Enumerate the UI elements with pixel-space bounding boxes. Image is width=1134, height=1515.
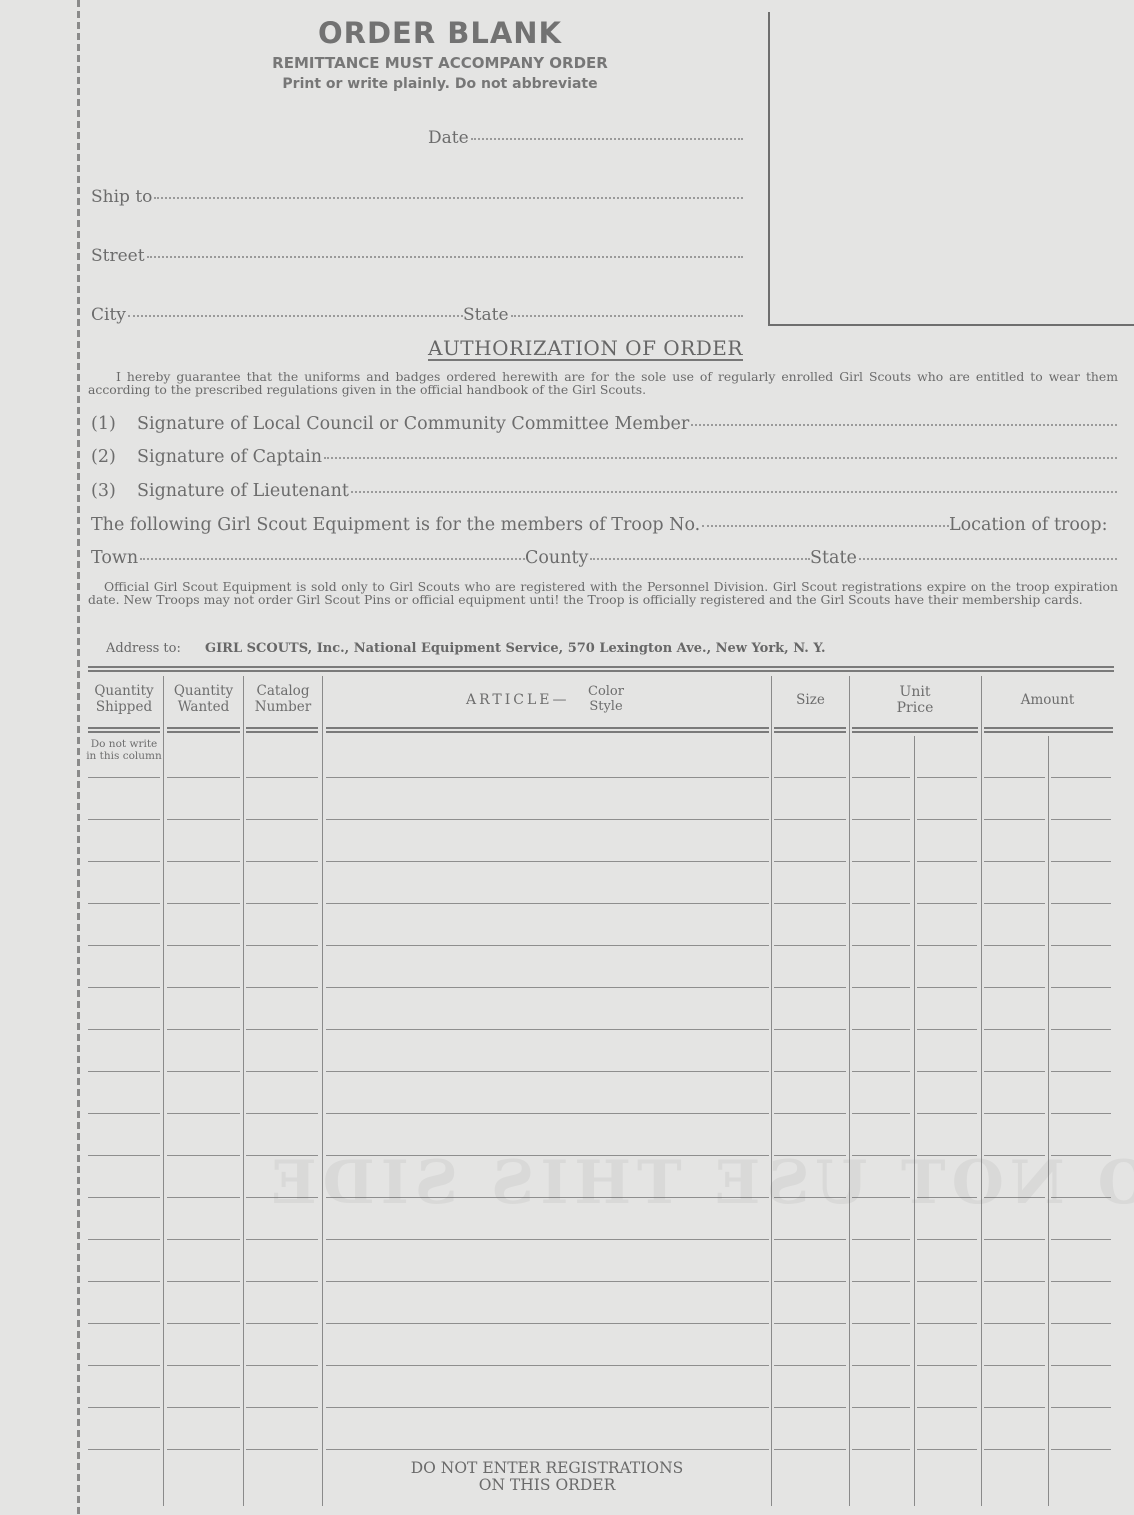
- row-line: [167, 1323, 240, 1324]
- row-line: [984, 1071, 1045, 1072]
- row-line: [1051, 1113, 1111, 1114]
- signature-num: (2): [91, 447, 137, 467]
- state-field[interactable]: State: [463, 305, 743, 325]
- row-line: [88, 987, 160, 988]
- signature-line[interactable]: [691, 424, 1117, 426]
- row-line: [984, 1449, 1045, 1450]
- shipped-column-note: Do not write in this column: [86, 738, 162, 762]
- row-line: [917, 1029, 977, 1030]
- row-line: [984, 861, 1045, 862]
- row-line: [246, 861, 318, 862]
- troop-line-label: The following Girl Scout Equipment is fo…: [91, 515, 700, 535]
- row-line: [88, 1449, 160, 1450]
- state-line[interactable]: [511, 315, 743, 317]
- row-line: [326, 1071, 769, 1072]
- row-line: [326, 1029, 769, 1030]
- header-rule: [852, 727, 978, 733]
- header-rule: [326, 727, 769, 733]
- warning-line-2: ON THIS ORDER: [322, 1477, 772, 1494]
- row-line: [246, 1407, 318, 1408]
- row-line: [774, 1071, 846, 1072]
- row-line: [852, 861, 910, 862]
- row-line: [167, 1281, 240, 1282]
- show-through-text: DO NOT USE THIS SIDE: [265, 1148, 1134, 1218]
- ship-to-field[interactable]: Ship to: [91, 187, 743, 207]
- row-line: [984, 819, 1045, 820]
- authorization-statement: I hereby guarantee that the uniforms and…: [88, 370, 1118, 396]
- row-line: [852, 987, 910, 988]
- row-line: [852, 1113, 910, 1114]
- row-line: [326, 903, 769, 904]
- row-line: [167, 861, 240, 862]
- row-line: [326, 987, 769, 988]
- row-line: [167, 1155, 240, 1156]
- row-line: [167, 1407, 240, 1408]
- row-line: [852, 903, 910, 904]
- header-rule: [246, 727, 318, 733]
- row-line: [88, 1365, 160, 1366]
- row-line: [852, 1071, 910, 1072]
- header-article-style: Style: [588, 699, 624, 714]
- signature-council-field[interactable]: (1)Signature of Local Council or Communi…: [91, 414, 1117, 434]
- row-line: [1051, 819, 1111, 820]
- row-line: [774, 1365, 846, 1366]
- row-line: [984, 1407, 1045, 1408]
- col-divider: [243, 676, 244, 1506]
- row-line: [326, 1449, 769, 1450]
- row-line: [1051, 903, 1111, 904]
- signature-label: Signature of Lieutenant: [137, 481, 349, 501]
- street-field[interactable]: Street: [91, 246, 743, 266]
- row-line: [1051, 1407, 1111, 1408]
- town-field[interactable]: Town: [91, 548, 525, 568]
- row-line: [774, 903, 846, 904]
- signature-line[interactable]: [324, 457, 1117, 459]
- header-rule: [774, 727, 846, 733]
- row-line: [917, 1449, 977, 1450]
- address-label: Address to:: [106, 641, 181, 656]
- registrations-warning: DO NOT ENTER REGISTRATIONS ON THIS ORDER: [322, 1460, 772, 1494]
- row-line: [1051, 861, 1111, 862]
- date-line[interactable]: [471, 138, 743, 140]
- row-line: [326, 1407, 769, 1408]
- row-line: [167, 987, 240, 988]
- row-line: [917, 861, 977, 862]
- header-article-sub: Color Style: [588, 684, 624, 714]
- troop-number-line[interactable]: [702, 525, 949, 527]
- row-line: [852, 1365, 910, 1366]
- row-line: [917, 1281, 977, 1282]
- col-subdivider: [1048, 736, 1049, 1506]
- row-line: [1051, 1029, 1111, 1030]
- row-line: [852, 1407, 910, 1408]
- row-line: [326, 777, 769, 778]
- row-line: [326, 1323, 769, 1324]
- ship-to-line[interactable]: [154, 197, 743, 199]
- county-field[interactable]: County: [525, 548, 810, 568]
- page-title: ORDER BLANK: [200, 16, 680, 50]
- header-article: ARTICLE—: [466, 692, 570, 708]
- row-line: [88, 945, 160, 946]
- row-line: [246, 819, 318, 820]
- row-line: [326, 1113, 769, 1114]
- row-line: [852, 1281, 910, 1282]
- col-subdivider: [914, 736, 915, 1506]
- registration-notice: Official Girl Scout Equipment is sold on…: [88, 580, 1118, 606]
- header-catalog-number: Catalog Number: [244, 683, 322, 715]
- row-line: [917, 987, 977, 988]
- row-line: [246, 1239, 318, 1240]
- col-divider: [981, 676, 982, 1506]
- signature-label: Signature of Local Council or Community …: [137, 414, 689, 434]
- row-line: [246, 1113, 318, 1114]
- city-label: City: [91, 305, 126, 325]
- header-qty-wanted: Quantity Wanted: [164, 683, 243, 715]
- row-line: [984, 1281, 1045, 1282]
- row-line: [88, 1407, 160, 1408]
- row-line: [917, 903, 977, 904]
- header-qty-shipped: Quantity Shipped: [86, 683, 162, 715]
- row-line: [167, 945, 240, 946]
- row-line: [774, 1449, 846, 1450]
- row-line: [88, 1071, 160, 1072]
- header-rule: [88, 727, 160, 733]
- row-line: [246, 1029, 318, 1030]
- table-top-rule: [88, 666, 1114, 672]
- row-line: [1051, 1323, 1111, 1324]
- location-label: Location of troop:: [949, 515, 1108, 535]
- row-line: [167, 777, 240, 778]
- header-unit-price: Unit Price: [880, 684, 950, 716]
- date-field[interactable]: Date: [428, 128, 743, 148]
- signature-line[interactable]: [351, 491, 1117, 493]
- row-line: [852, 777, 910, 778]
- row-line: [246, 1071, 318, 1072]
- row-line: [774, 777, 846, 778]
- row-line: [246, 903, 318, 904]
- perforation-line: [77, 0, 80, 1515]
- row-line: [917, 1239, 977, 1240]
- row-line: [88, 903, 160, 904]
- row-line: [1051, 1365, 1111, 1366]
- town-label: Town: [91, 548, 138, 568]
- header-rule: [984, 727, 1113, 733]
- ship-to-label: Ship to: [91, 187, 152, 207]
- row-line: [774, 987, 846, 988]
- town-line[interactable]: [140, 558, 525, 560]
- row-line: [246, 1449, 318, 1450]
- row-line: [984, 1029, 1045, 1030]
- col-divider: [849, 676, 850, 1506]
- authorization-title: AUTHORIZATION OF ORDER: [428, 337, 743, 361]
- row-line: [917, 1071, 977, 1072]
- signature-label: Signature of Captain: [137, 447, 322, 467]
- state-label: State: [463, 305, 509, 325]
- row-line: [167, 1197, 240, 1198]
- signature-lieutenant-field[interactable]: (3)Signature of Lieutenant: [91, 481, 1117, 501]
- row-line: [1051, 1239, 1111, 1240]
- row-line: [326, 945, 769, 946]
- street-line[interactable]: [147, 256, 743, 258]
- row-line: [88, 1197, 160, 1198]
- row-line: [774, 1239, 846, 1240]
- row-line: [852, 819, 910, 820]
- address-value: GIRL SCOUTS, Inc., National Equipment Se…: [205, 641, 825, 656]
- row-line: [984, 1365, 1045, 1366]
- row-line: [774, 1323, 846, 1324]
- row-line: [246, 1365, 318, 1366]
- warning-line-1: DO NOT ENTER REGISTRATIONS: [322, 1460, 772, 1477]
- street-label: Street: [91, 246, 145, 266]
- row-line: [88, 861, 160, 862]
- row-line: [774, 1407, 846, 1408]
- row-line: [326, 1281, 769, 1282]
- row-line: [246, 1281, 318, 1282]
- row-line: [1051, 945, 1111, 946]
- signature-num: (1): [91, 414, 137, 434]
- city-field[interactable]: City: [91, 305, 463, 325]
- signature-num: (3): [91, 481, 137, 501]
- row-line: [326, 1365, 769, 1366]
- row-line: [774, 861, 846, 862]
- date-label: Date: [428, 128, 469, 148]
- row-line: [852, 945, 910, 946]
- row-line: [984, 903, 1045, 904]
- row-line: [246, 777, 318, 778]
- row-line: [246, 945, 318, 946]
- row-line: [774, 945, 846, 946]
- row-line: [88, 777, 160, 778]
- troop-state-label: State: [810, 548, 857, 568]
- header-rule: [167, 727, 240, 733]
- col-divider: [163, 676, 164, 1506]
- row-line: [984, 777, 1045, 778]
- troop-number-field[interactable]: The following Girl Scout Equipment is fo…: [91, 515, 949, 535]
- city-line[interactable]: [128, 315, 463, 317]
- row-line: [852, 1323, 910, 1324]
- county-line[interactable]: [590, 558, 810, 560]
- row-line: [917, 819, 977, 820]
- troop-state-line[interactable]: [859, 558, 1117, 560]
- col-divider: [322, 676, 323, 1506]
- row-line: [774, 1029, 846, 1030]
- row-line: [246, 987, 318, 988]
- row-line: [852, 1029, 910, 1030]
- row-line: [88, 819, 160, 820]
- row-line: [1051, 777, 1111, 778]
- row-line: [984, 987, 1045, 988]
- row-line: [167, 819, 240, 820]
- row-line: [917, 1113, 977, 1114]
- row-line: [774, 1113, 846, 1114]
- row-line: [88, 1113, 160, 1114]
- office-use-box: [768, 12, 1134, 326]
- remittance-notice: REMITTANCE MUST ACCOMPANY ORDER: [200, 54, 680, 72]
- row-line: [1051, 987, 1111, 988]
- row-line: [88, 1029, 160, 1030]
- row-line: [1051, 1449, 1111, 1450]
- row-line: [774, 1281, 846, 1282]
- row-line: [167, 1071, 240, 1072]
- row-line: [852, 1239, 910, 1240]
- row-line: [88, 1155, 160, 1156]
- row-line: [984, 945, 1045, 946]
- row-line: [88, 1281, 160, 1282]
- row-line: [852, 1449, 910, 1450]
- row-line: [167, 903, 240, 904]
- signature-captain-field[interactable]: (2)Signature of Captain: [91, 447, 1117, 467]
- header-article-color: Color: [588, 684, 624, 699]
- header-amount: Amount: [982, 692, 1113, 708]
- row-line: [246, 1323, 318, 1324]
- row-line: [1051, 1071, 1111, 1072]
- row-line: [167, 1113, 240, 1114]
- row-line: [326, 819, 769, 820]
- col-divider: [771, 676, 772, 1506]
- row-line: [917, 1323, 977, 1324]
- row-line: [167, 1365, 240, 1366]
- row-line: [984, 1113, 1045, 1114]
- row-line: [917, 777, 977, 778]
- row-line: [984, 1323, 1045, 1324]
- header-size: Size: [772, 692, 849, 708]
- troop-state-field[interactable]: State: [810, 548, 1117, 568]
- row-line: [167, 1449, 240, 1450]
- row-line: [984, 1239, 1045, 1240]
- row-line: [774, 819, 846, 820]
- row-line: [1051, 1281, 1111, 1282]
- print-instruction: Print or write plainly. Do not abbreviat…: [200, 76, 680, 92]
- row-line: [88, 1239, 160, 1240]
- row-line: [326, 861, 769, 862]
- row-line: [167, 1029, 240, 1030]
- row-line: [917, 1365, 977, 1366]
- row-line: [917, 1407, 977, 1408]
- row-line: [167, 1239, 240, 1240]
- row-line: [88, 1323, 160, 1324]
- row-line: [917, 945, 977, 946]
- county-label: County: [525, 548, 588, 568]
- row-line: [326, 1239, 769, 1240]
